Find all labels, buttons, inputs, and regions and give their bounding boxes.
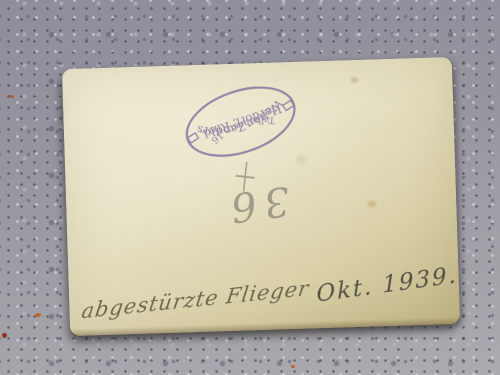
surface-speck	[35, 312, 42, 317]
date-handwriting: Okt. 1939.	[316, 262, 458, 307]
age-spot	[367, 200, 376, 207]
surface-speck	[291, 365, 295, 368]
caption-handwriting: abgestürzte Flieger .	[80, 274, 326, 323]
surface-speck	[2, 333, 7, 338]
age-spot	[296, 156, 306, 164]
photo-back-card: Walter Zanders Herdorf, Rhld. Talbahnstr…	[62, 57, 460, 336]
stamp-left-ornament	[283, 100, 294, 110]
pencil-number: 36	[212, 174, 300, 235]
age-spot	[350, 77, 358, 83]
surface-speck	[9, 94, 15, 99]
terrazzo-surface: Walter Zanders Herdorf, Rhld. Talbahnstr…	[0, 0, 500, 375]
